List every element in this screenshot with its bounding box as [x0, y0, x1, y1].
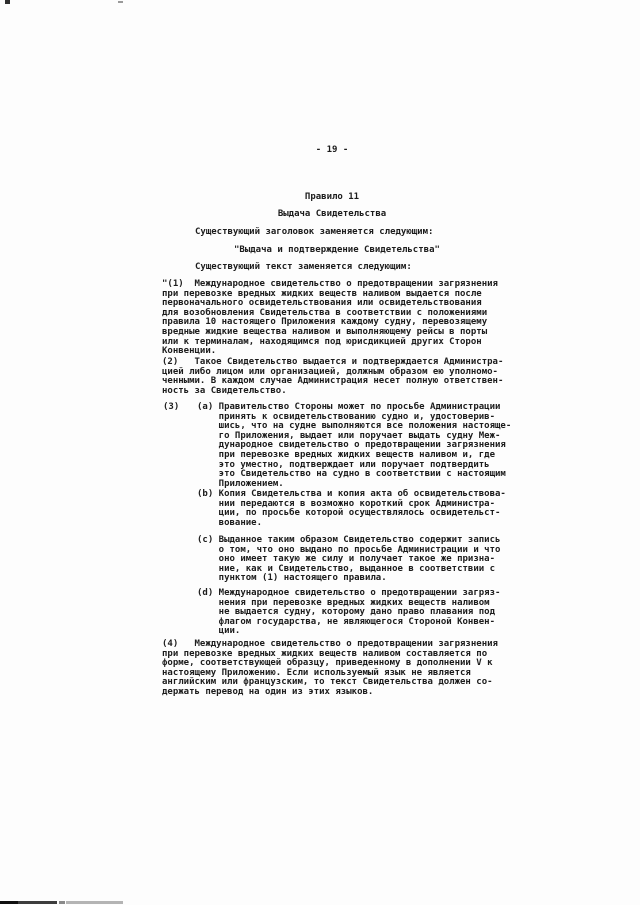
- scanned-page: - 19 - Правило 11 Выдача Свидетельства С…: [0, 0, 640, 905]
- replace-heading-line: Существующий заголовок заменяется следую…: [195, 228, 433, 238]
- page-number: - 19 -: [162, 146, 502, 156]
- paragraph-2: (2) Такое Свидетельство выдается и подтв…: [162, 358, 503, 396]
- rule-subtitle: Выдача Свидетельства: [162, 210, 502, 220]
- rule-title: Правило 11: [162, 193, 502, 203]
- scan-bar-segment: [18, 901, 57, 904]
- replace-text-line: Существующий текст заменяется следующим:: [195, 263, 412, 273]
- scan-bar-segment: [66, 901, 123, 904]
- scan-bar-segment: [59, 901, 65, 904]
- paragraph-4: (4) Международное свидетельство о предот…: [162, 640, 498, 698]
- paragraph-1: "(1) Международное свидетельство о предо…: [162, 280, 498, 357]
- scan-bar-bottom: [0, 901, 640, 905]
- paragraph-3-label: (3): [163, 403, 179, 413]
- paragraph-3d: (d) Международное свидетельство о предот…: [197, 589, 500, 637]
- paragraph-3a: (a) Правительство Стороны может по прось…: [197, 403, 511, 489]
- new-heading-quote: "Выдача и подтверждение Свидетельства": [234, 246, 440, 256]
- scan-bar-segment: [0, 901, 18, 904]
- paragraph-3b: (b) Копия Свидетельства и копия акта об …: [197, 490, 506, 528]
- paragraph-3c: (c) Выданное таким образом Свидетельство…: [197, 536, 500, 584]
- scan-speck-top-left: [5, 0, 10, 4]
- scan-dash-top: [118, 1, 123, 3]
